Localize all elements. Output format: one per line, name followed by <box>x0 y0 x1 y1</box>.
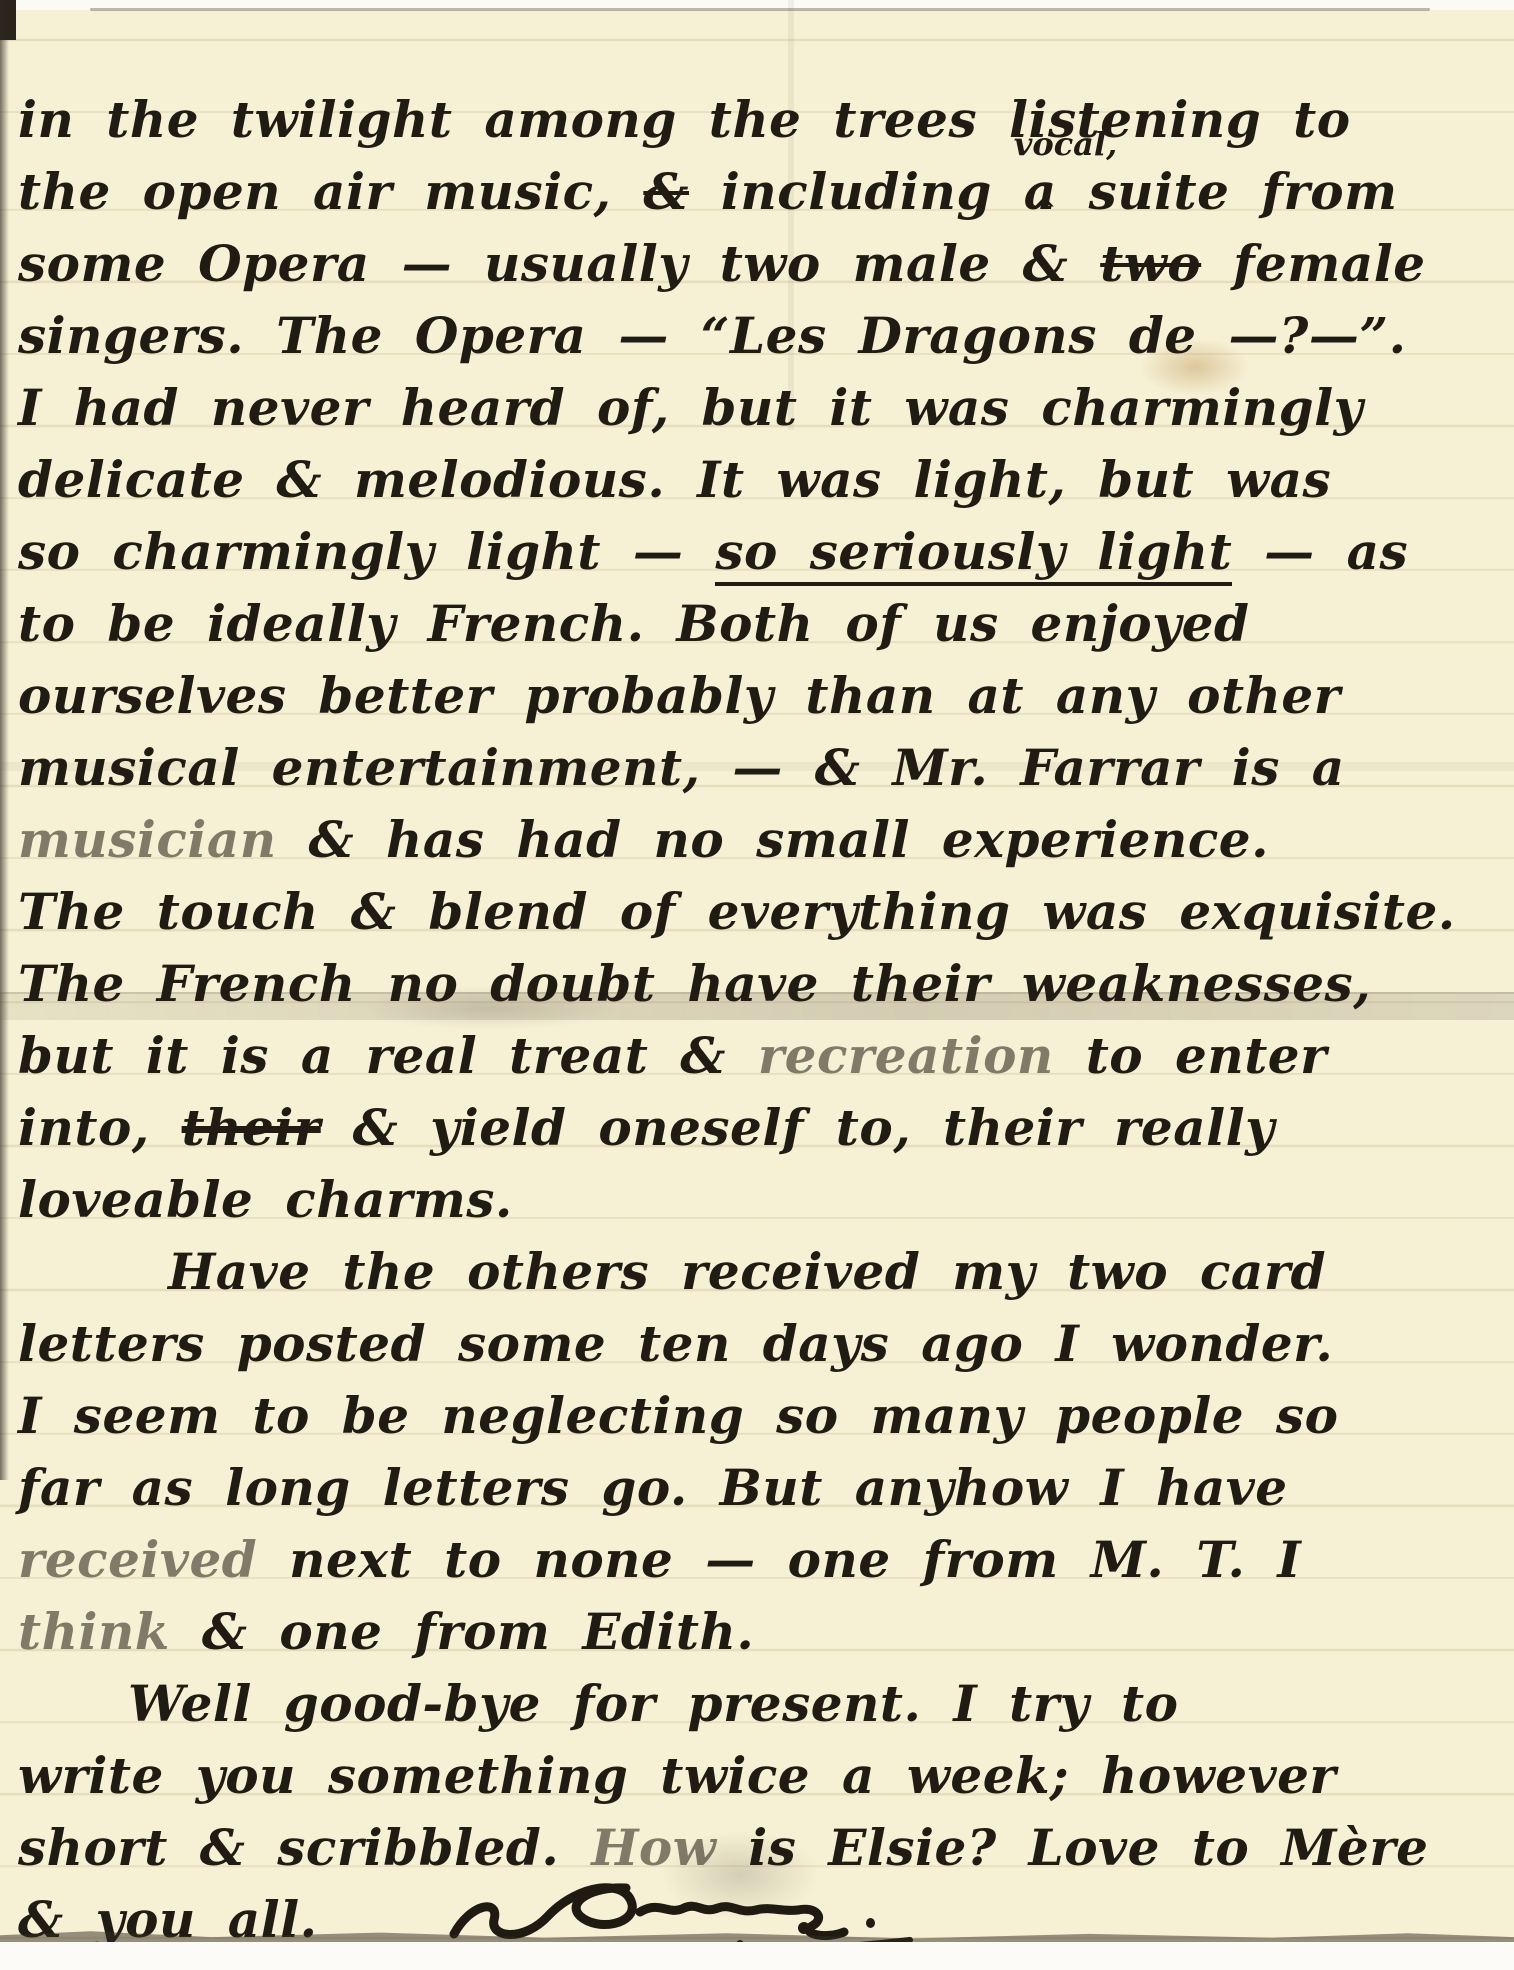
text-segment: Have the others received my two card <box>168 1242 1326 1301</box>
letter-page: in the twilight among the trees listenin… <box>0 0 1514 1970</box>
letter-line: The touch & blend of everything was exqu… <box>18 876 1490 948</box>
text-segment: & one from Edith. <box>170 1602 754 1661</box>
text-segment: — as <box>1232 522 1408 581</box>
faded-word: think <box>18 1602 170 1661</box>
underlined-phrase: so seriously light <box>715 522 1232 586</box>
letter-line: singers. The Opera — “Les Dragons de —?—… <box>18 300 1490 372</box>
text-segment: delicate & melodious. It was light, but … <box>18 450 1331 509</box>
letter-line: in the twilight among the trees listenin… <box>18 84 1490 156</box>
text-segment: including <box>689 162 1024 221</box>
text-segment: loveable charms. <box>18 1170 513 1229</box>
text-segment: far as long letters go. But anyhow I hav… <box>18 1458 1288 1517</box>
letter-line: but it is a real treat & recreation to e… <box>18 1020 1490 1092</box>
letter-line: write you something twice a week; howeve… <box>18 1740 1490 1812</box>
letter-line: Have the others received my two card <box>18 1236 1490 1308</box>
letter-line: loveable charms. <box>18 1164 1490 1236</box>
letter-line: think & one from Edith. <box>18 1596 1490 1668</box>
letter-line: I seem to be neglecting so many people s… <box>18 1380 1490 1452</box>
text-segment: write you something twice a week; howeve… <box>18 1746 1336 1805</box>
struck-word: & <box>643 162 689 221</box>
text-segment: The French no doubt have their weaknesse… <box>18 954 1371 1013</box>
letter-line: ourselves better probably than at any ot… <box>18 660 1490 732</box>
text-segment: but it is a real treat & <box>18 1026 758 1085</box>
text-segment: ourselves better probably than at any ot… <box>18 666 1341 725</box>
text-segment: so charmingly light — <box>18 522 715 581</box>
text-segment: musical entertainment, — & Mr. Farrar is… <box>18 738 1345 797</box>
letter-line: short & scribbled. How is Elsie? Love to… <box>18 1812 1490 1884</box>
letter-line: into, their & yield oneself to, their re… <box>18 1092 1490 1164</box>
faded-word: received <box>18 1530 257 1589</box>
text-segment: & you all. <box>18 1890 318 1949</box>
letter-line: received next to none — one from M. T. I <box>18 1524 1490 1596</box>
letter-line: The French no doubt have their weaknesse… <box>18 948 1490 1020</box>
scribbled-out-word: their <box>182 1098 321 1157</box>
text-segment: in the twilight among the trees listenin… <box>18 90 1351 149</box>
letter-body: in the twilight among the trees listenin… <box>0 0 1514 1956</box>
text-segment: The touch & blend of everything was exqu… <box>18 882 1456 941</box>
text-segment: to be ideally French. Both of us enjoyed <box>18 594 1249 653</box>
text-segment: into, <box>18 1098 182 1157</box>
letter-line: so charmingly light — so seriously light… <box>18 516 1490 588</box>
text-segment: suite from <box>1057 162 1398 221</box>
text-segment: the open air music, <box>18 162 643 221</box>
inserted-word-above-line: vocal, <box>1014 128 1117 160</box>
faded-word: musician <box>18 810 277 869</box>
letter-line: I had never heard of, but it was charmin… <box>18 372 1490 444</box>
letter-line: letters posted some ten days ago I wonde… <box>18 1308 1490 1380</box>
text-segment: some Opera — usually two male & <box>18 234 1100 293</box>
letter-line: the open air music, & including avocal,^… <box>18 156 1490 228</box>
text-segment: to enter <box>1054 1026 1327 1085</box>
text-segment: is Elsie? Love to Mère <box>716 1818 1428 1877</box>
letter-line: some Opera — usually two male & two fema… <box>18 228 1490 300</box>
letter-line: musician & has had no small experience. <box>18 804 1490 876</box>
faded-word: recreation <box>758 1026 1054 1085</box>
text-segment: & yield oneself to, their really <box>321 1098 1275 1157</box>
insertion-caret: ^ <box>1032 196 1058 226</box>
letter-line: far as long letters go. But anyhow I hav… <box>18 1452 1490 1524</box>
text-segment: short & scribbled. <box>18 1818 591 1877</box>
letter-line: delicate & melodious. It was light, but … <box>18 444 1490 516</box>
letter-line: Well good-bye for present. I try to <box>18 1668 1490 1740</box>
caret-insertion-anchor: avocal,^ <box>1024 162 1057 221</box>
text-segment: singers. The Opera — “Les Dragons de —?—… <box>18 306 1406 365</box>
letter-line: musical entertainment, — & Mr. Farrar is… <box>18 732 1490 804</box>
letter-line: to be ideally French. Both of us enjoyed <box>18 588 1490 660</box>
text-segment: I seem to be neglecting so many people s… <box>18 1386 1338 1445</box>
struck-word: two <box>1100 234 1201 293</box>
text-segment: & has had no small experience. <box>277 810 1269 869</box>
text-segment: Well good-bye for present. I try to <box>128 1674 1178 1733</box>
letter-line: & you all. <box>18 1884 1490 1956</box>
text-segment: I had never heard of, but it was charmin… <box>18 378 1363 437</box>
text-segment: next to none — one from M. T. I <box>257 1530 1301 1589</box>
text-segment: letters posted some ten days ago I wonde… <box>18 1314 1333 1373</box>
text-segment: female <box>1201 234 1425 293</box>
faded-word: How <box>591 1818 716 1877</box>
